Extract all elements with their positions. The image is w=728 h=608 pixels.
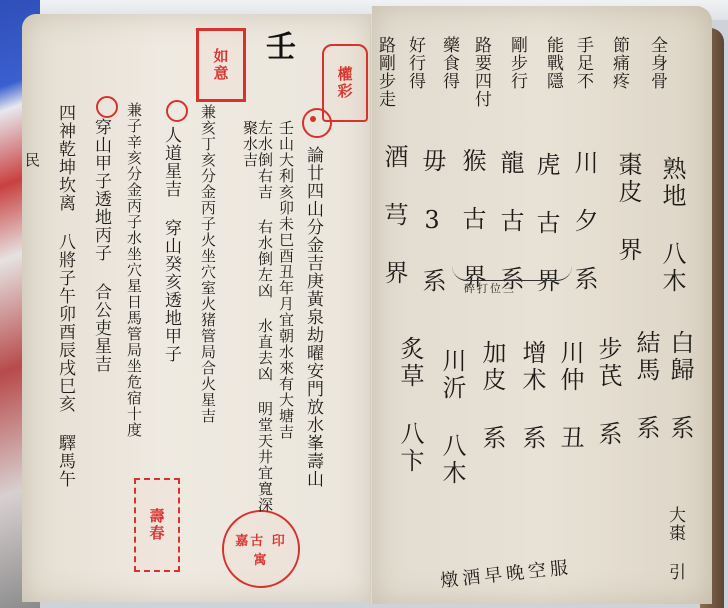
text-column-3: 左水倒右吉 右水倒左凶 水直去凶 明堂天井宜寬深聚水吉 — [242, 120, 272, 520]
bracket-line — [452, 266, 572, 281]
seal-top-ornate: 權彩 — [322, 44, 368, 122]
right-page — [372, 6, 712, 604]
bracket-note: 碎打位三 — [464, 280, 516, 296]
folio-number: 壬 — [266, 22, 296, 66]
seal-top-square: 如意 — [196, 28, 246, 102]
prescription-upper-2: 棗皮 界 — [616, 152, 640, 264]
prescription-lower-5: 增术 系 — [520, 340, 544, 452]
top-column-3: 手足不 — [574, 36, 591, 90]
red-circle-marker — [166, 100, 188, 122]
text-column-8: 四神乾坤坎离 八將子午卯酉辰戌巳亥 驛馬午 — [56, 104, 73, 564]
prescription-upper-7: 毋 3 系 — [420, 148, 444, 295]
top-column-1: 全身骨 — [648, 36, 665, 90]
red-circle-marker — [96, 96, 118, 118]
text-column-5: 人道星吉 穿山癸亥透地甲子 — [162, 126, 179, 406]
top-column-9: 路剛步走 — [376, 36, 393, 108]
top-column-4: 能戰隱 — [544, 36, 561, 90]
top-column-8: 好行得 — [406, 36, 423, 90]
prescription-lower-2: 結馬 系 — [634, 330, 658, 442]
text-column-7: 穿山甲子透地丙子 合公吏星吉 — [92, 118, 109, 438]
seal-bottom-round: 嘉古 印 寓 — [222, 510, 300, 588]
top-column-6: 路要四付 — [472, 36, 489, 108]
prescription-lower-6: 加皮 系 — [480, 340, 504, 452]
prescription-upper-3: 川 夕 系 — [572, 150, 596, 293]
prescription-lower-4: 川仲 丑 — [558, 340, 582, 452]
text-column-1: 論廿四山分金吉庚黃泉劫曜安門放水峯壽山 — [304, 146, 321, 586]
footer-line-1: 大棗 引 — [666, 506, 683, 581]
prescription-lower-7: 川沂 八木 — [440, 348, 464, 487]
prescription-upper-8: 酒 芎 界 — [382, 144, 406, 287]
top-column-5: 剛步行 — [508, 36, 525, 90]
text-column-6: 兼子辛亥分金丙子水坐穴星日馬管局坐危宿十度 — [126, 102, 141, 542]
prescription-lower-8: 炙草 八卞 — [398, 336, 422, 475]
prescription-upper-1: 熟地 八木 — [660, 156, 684, 295]
top-column-2: 節痛疼 — [610, 36, 627, 90]
margin-mark: 民 — [24, 152, 39, 168]
top-column-7: 藥食得 — [440, 36, 457, 90]
red-circle-marker — [302, 108, 332, 138]
text-column-4: 兼亥丁亥分金丙子火坐穴室火猪管局合火星吉 — [200, 104, 215, 534]
text-column-2: 壬山大利亥卯未巳酉丑年月宜朝水來有大塘吉 — [278, 120, 293, 470]
prescription-lower-3: 步芪 系 — [596, 336, 620, 448]
prescription-lower-1: 白歸 系 — [668, 330, 692, 442]
